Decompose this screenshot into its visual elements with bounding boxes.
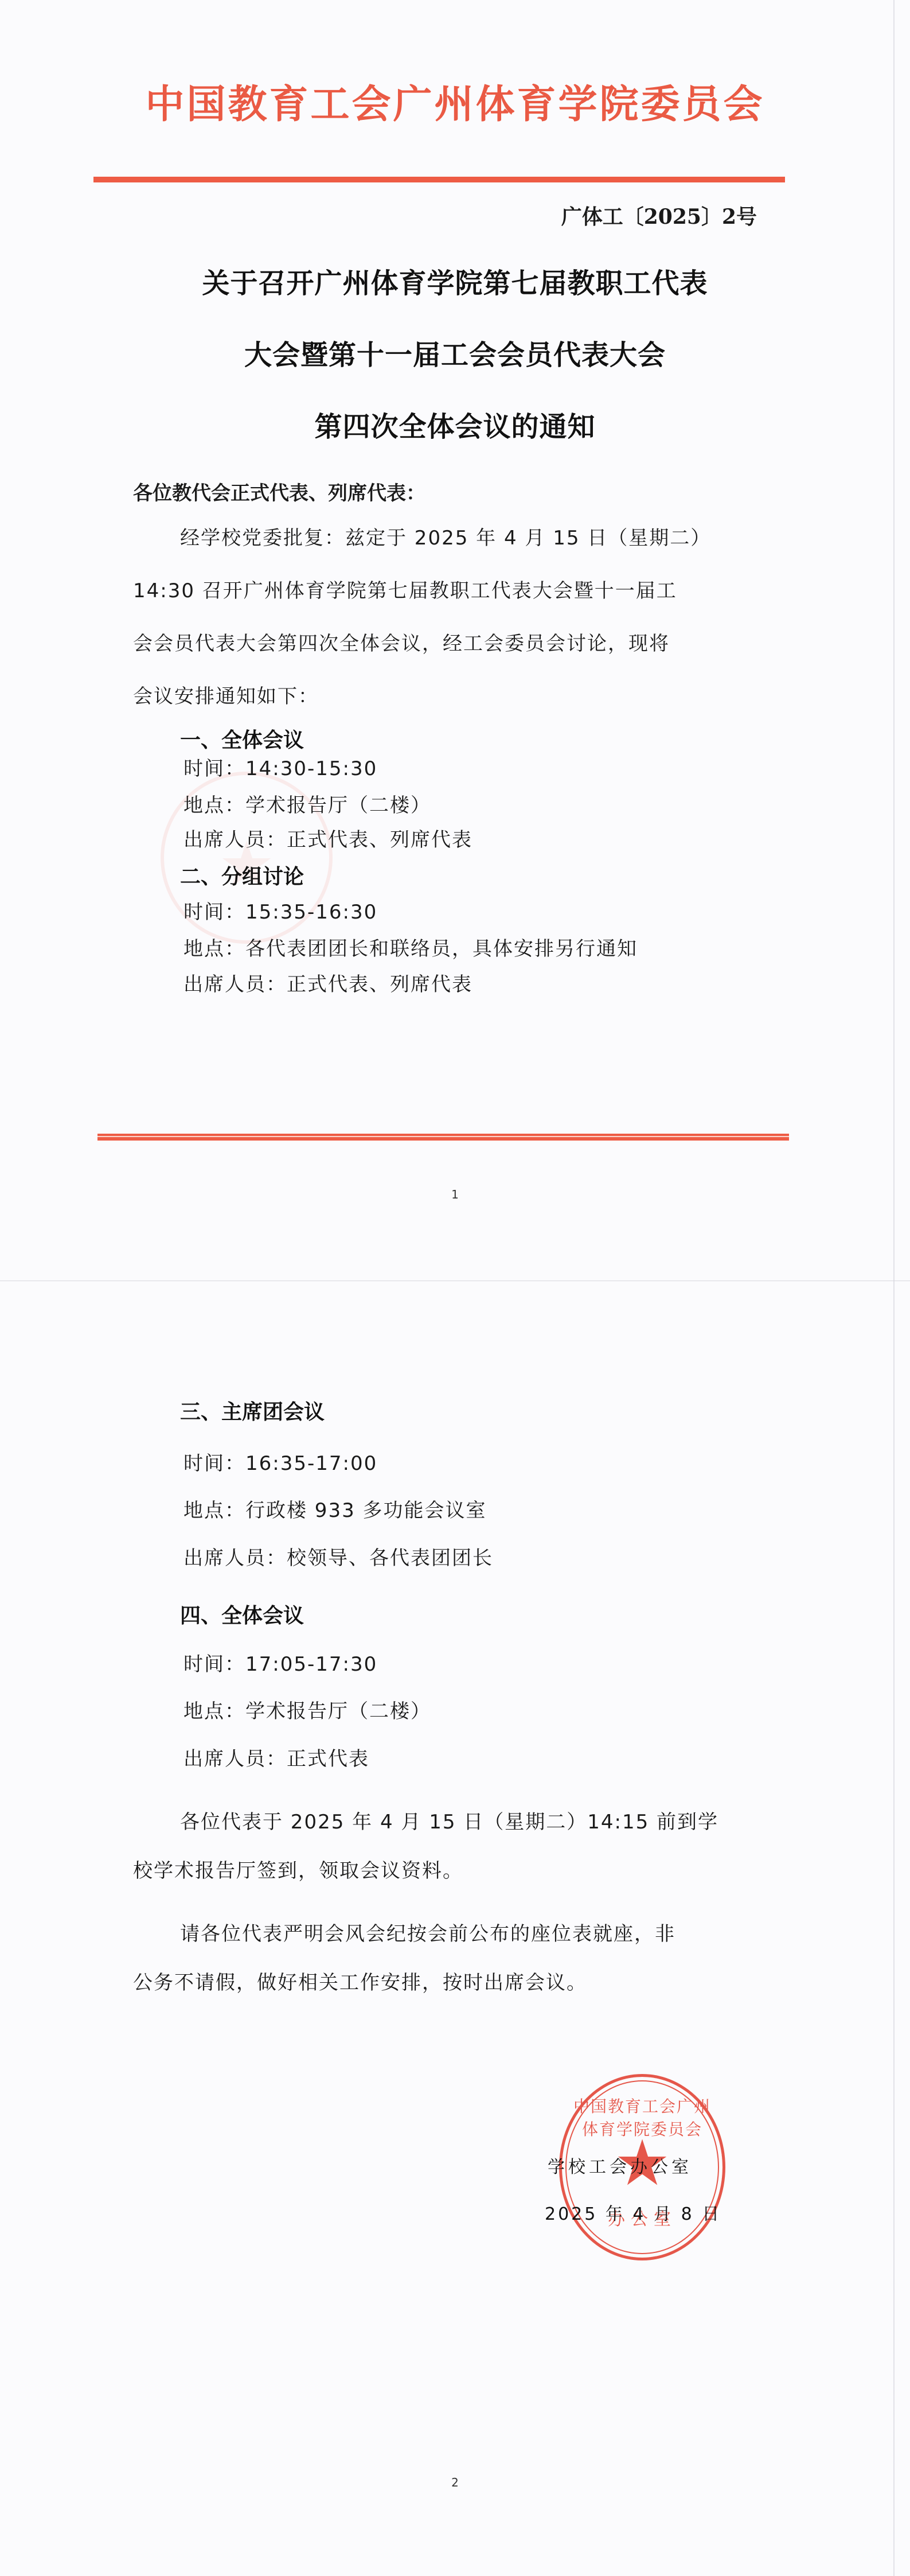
section-1-time: 时间：14:30-15:30 xyxy=(183,753,377,781)
section-3-place: 地点：行政楼 933 多功能会议室 xyxy=(183,1495,487,1523)
document-number: 广体工〔2025〕2号 xyxy=(561,201,757,230)
page-number: 1 xyxy=(0,1188,910,1201)
page-edge xyxy=(893,0,895,1281)
page-number: 2 xyxy=(0,2476,910,2489)
notice-title-line-3: 第四次全体会议的通知 xyxy=(0,404,910,444)
section-1-attendees: 出席人员：正式代表、列席代表 xyxy=(183,824,472,852)
section-2-heading: 二、分组讨论 xyxy=(180,861,304,890)
notice-title-line-2: 大会暨第十一届工会会员代表大会 xyxy=(0,333,910,372)
closing-p2-line-1: 请各位代表严明会风会纪按会前公布的座位表就座，非 xyxy=(180,1918,675,1946)
signature-office: 学校工会办公室 xyxy=(548,2153,692,2178)
closing-p1-line-2: 校学术报告厅签到，领取会议资料。 xyxy=(133,1855,463,1883)
red-footer-rule xyxy=(97,1134,789,1141)
intro-line-1: 经学校党委批复：兹定于 2025 年 4 月 15 日（星期二） xyxy=(180,522,711,550)
section-1-place: 地点：学术报告厅（二楼） xyxy=(183,789,431,818)
closing-p2-line-2: 公务不请假，做好相关工作安排，按时出席会议。 xyxy=(133,1967,587,1995)
document-page-2: 三、主席团会议 时间：16:35-17:00 地点：行政楼 933 多功能会议室… xyxy=(0,1281,910,2576)
section-3-time: 时间：16:35-17:00 xyxy=(183,1447,377,1476)
section-4-time: 时间：17:05-17:30 xyxy=(183,1648,377,1676)
notice-title-line-1: 关于召开广州体育学院第七届教职工代表 xyxy=(0,261,910,301)
section-2-place: 地点：各代表团团长和联络员，具体安排另行通知 xyxy=(183,933,638,961)
section-3-heading: 三、主席团会议 xyxy=(180,1396,325,1425)
section-1-heading: 一、全体会议 xyxy=(180,724,304,753)
section-3-attendees: 出席人员：校领导、各代表团团长 xyxy=(183,1542,493,1570)
intro-line-4: 会议安排通知如下： xyxy=(133,680,319,709)
intro-line-3: 会会员代表大会第四次全体会议，经工会委员会讨论，现将 xyxy=(133,628,670,656)
section-4-place: 地点：学术报告厅（二楼） xyxy=(183,1695,431,1723)
intro-line-2: 14:30 召开广州体育学院第七届教职工代表大会暨十一届工 xyxy=(133,575,677,603)
section-4-attendees: 出席人员：正式代表 xyxy=(183,1743,369,1771)
section-2-attendees: 出席人员：正式代表、列席代表 xyxy=(183,968,472,997)
section-2-time: 时间：15:35-16:30 xyxy=(183,896,377,924)
salutation: 各位教代会正式代表、列席代表： xyxy=(133,477,425,505)
signature-date: 2025 年 4 月 8 日 xyxy=(545,2200,721,2225)
closing-p1-line-1: 各位代表于 2025 年 4 月 15 日（星期二）14:15 前到学 xyxy=(180,1806,718,1834)
document-page-1: 中国教育工会广州体育学院委员会 广体工〔2025〕2号 关于召开广州体育学院第七… xyxy=(0,0,910,1281)
red-header-rule xyxy=(93,177,785,182)
issuer-title: 中国教育工会广州体育学院委员会 xyxy=(0,73,910,129)
page-edge xyxy=(893,1281,895,2576)
section-4-heading: 四、全体会议 xyxy=(180,1600,304,1629)
